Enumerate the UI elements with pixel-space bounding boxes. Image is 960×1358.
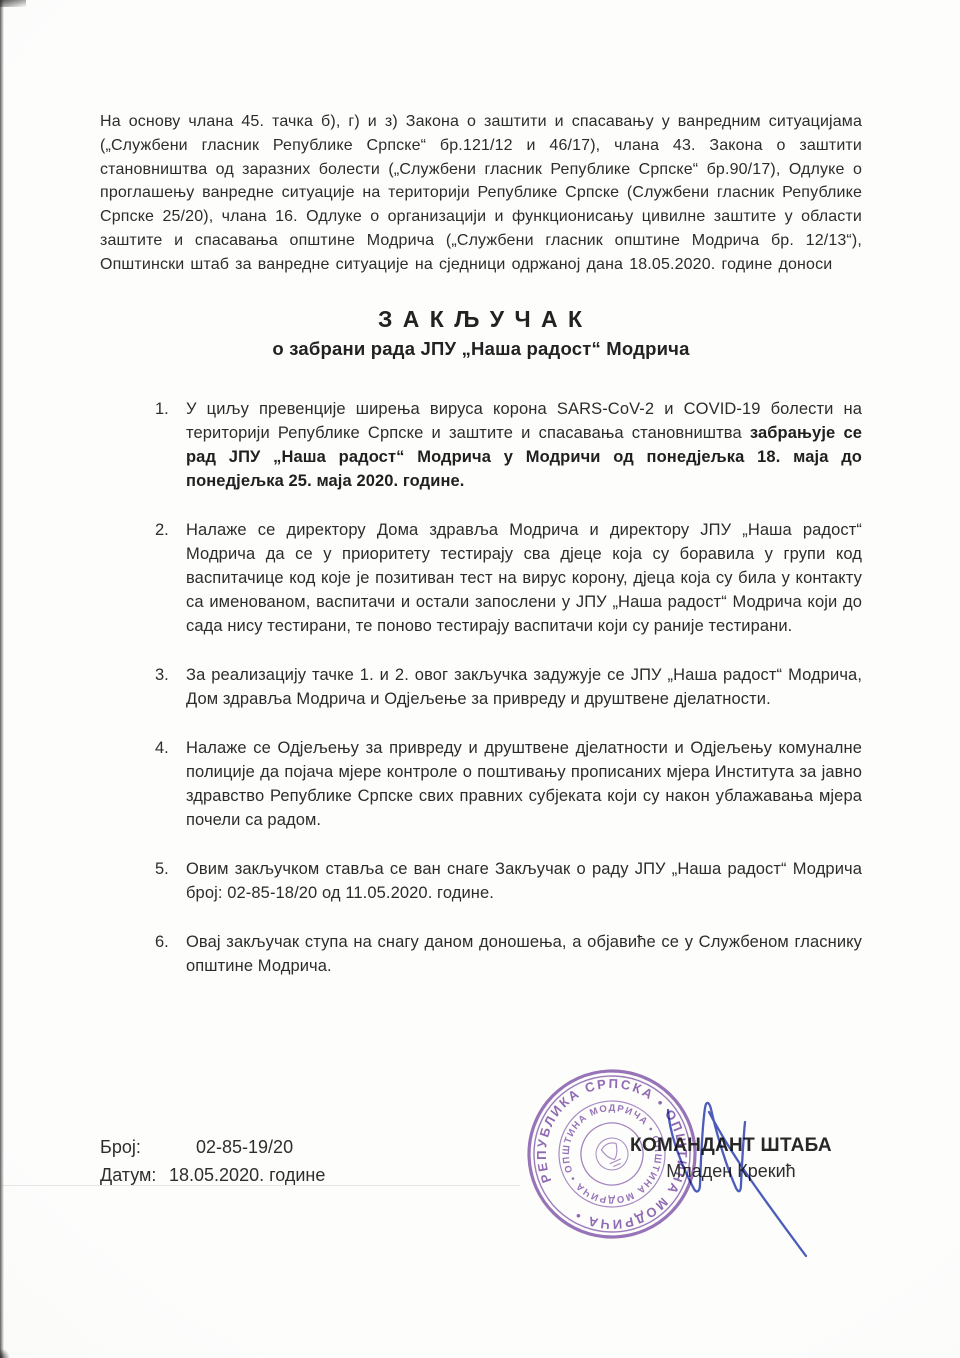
item-number: 3. xyxy=(155,663,186,711)
signature-block: КОМАНДАНТ ШТАБА Младен Крекић xyxy=(610,1135,852,1182)
item-text: Налаже се директору Дома здравља Модрича… xyxy=(186,518,862,638)
item-number: 4. xyxy=(155,736,186,832)
item-regular-run: Налаже се Одјељењу за привреду и друштве… xyxy=(186,739,862,829)
scanned-document-page: На основу члана 45. тачка б), г) и з) За… xyxy=(0,0,960,1358)
item-regular-run: Овим закључком ставља се ван снаге Закљу… xyxy=(186,860,862,902)
item-number: 1. xyxy=(155,397,186,493)
item-text: За реализацију тачке 1. и 2. овог закључ… xyxy=(186,663,862,711)
scan-corner-mark-bottom xyxy=(0,1348,10,1358)
signatory-role: КОМАНДАНТ ШТАБА xyxy=(610,1135,852,1157)
scan-corner-mark-top xyxy=(0,0,26,7)
document-subtitle: о забрани рада ЈПУ „Наша радост“ Модрича xyxy=(100,338,862,360)
date-label: Датум: xyxy=(100,1161,164,1189)
signature-tail-stroke xyxy=(709,1112,806,1256)
document-title: З А К Љ У Ч А К xyxy=(100,306,862,333)
item-regular-run: Овај закључак ступа на снагу даном донош… xyxy=(186,933,862,975)
item-number: 6. xyxy=(155,930,186,978)
resolution-item-2: 2. Налаже се директору Дома здравља Модр… xyxy=(155,518,862,638)
item-number: 5. xyxy=(155,857,186,905)
number-value: 02-85-19/20 xyxy=(196,1133,293,1161)
legal-preamble: На основу члана 45. тачка б), г) и з) За… xyxy=(100,110,862,277)
item-text: Овај закључак ступа на снагу даном донош… xyxy=(186,930,862,978)
item-text: У циљу превенције ширења вируса корона S… xyxy=(186,397,862,493)
item-text: Налаже се Одјељењу за привреду и друштве… xyxy=(186,736,862,832)
date-value: 18.05.2020. године xyxy=(169,1161,325,1189)
signatory-name: Младен Крекић xyxy=(610,1161,852,1182)
item-number: 2. xyxy=(155,518,186,638)
document-reference-block: Број: 02-85-19/20 Датум: 18.05.2020. год… xyxy=(100,1133,325,1189)
resolution-item-3: 3. За реализацију тачке 1. и 2. овог зак… xyxy=(155,663,862,711)
resolution-item-6: 6. Овај закључак ступа на снагу даном до… xyxy=(155,930,862,978)
document-number-row: Број: 02-85-19/20 xyxy=(100,1133,325,1161)
document-date-row: Датум: 18.05.2020. године xyxy=(100,1161,325,1189)
resolution-item-4: 4. Налаже се Одјељењу за привреду и друш… xyxy=(155,736,862,832)
item-regular-run: Налаже се директору Дома здравља Модрича… xyxy=(186,521,862,635)
resolution-item-1: 1. У циљу превенције ширења вируса корон… xyxy=(155,397,862,493)
item-regular-run: За реализацију тачке 1. и 2. овог закључ… xyxy=(186,666,862,708)
item-text: Овим закључком ставља се ван снаге Закљу… xyxy=(186,857,862,905)
document-body: На основу члана 45. тачка б), г) и з) За… xyxy=(100,110,862,1003)
resolution-list: 1. У циљу превенције ширења вируса корон… xyxy=(100,397,862,978)
scan-edge-shadow xyxy=(0,0,4,1358)
resolution-item-5: 5. Овим закључком ставља се ван снаге За… xyxy=(155,857,862,905)
number-label: Број: xyxy=(100,1133,164,1161)
